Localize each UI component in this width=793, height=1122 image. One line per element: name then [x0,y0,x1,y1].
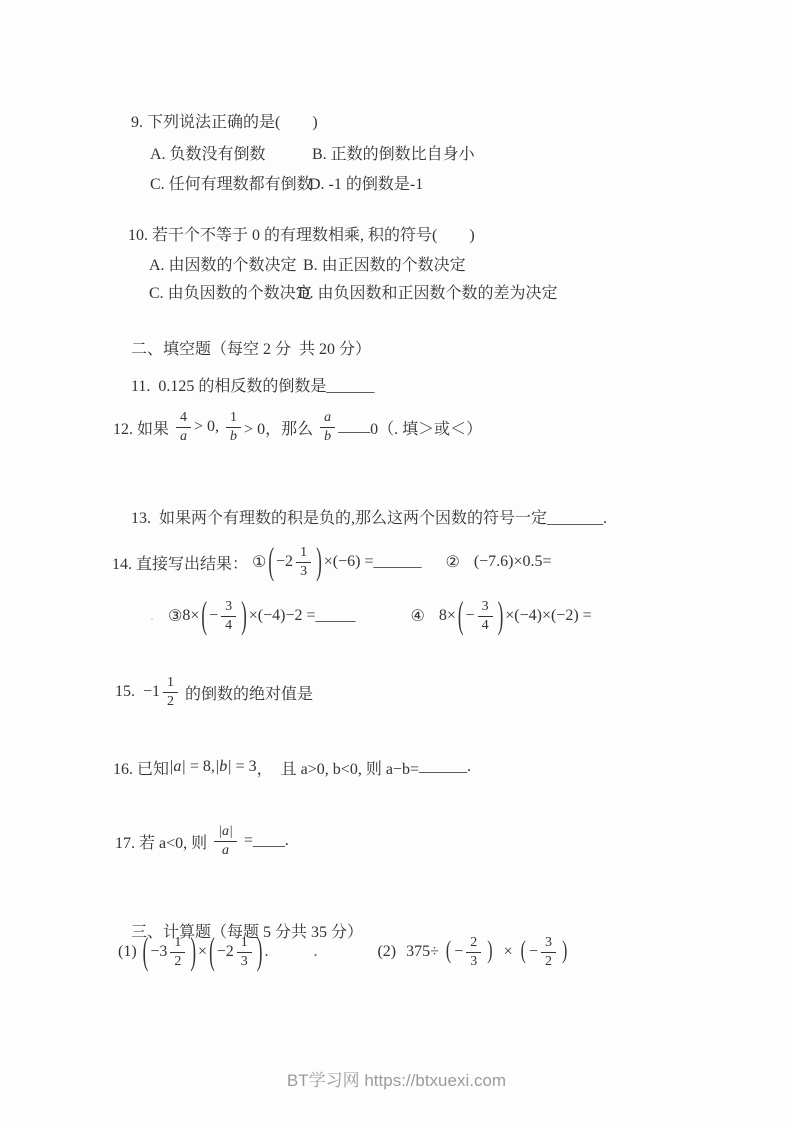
close-paren: ) [498,594,504,639]
q12-text-2: > 0, [194,418,223,436]
fraction-numerator: 3 [221,598,236,617]
q10-option-d: D. 由负因数和正因数个数的差为决定 [298,285,558,302]
fraction-1-over-2: 12 [163,674,178,710]
fraction-4-over-a: 4a [176,409,191,445]
close-paren: ) [562,938,567,966]
q14-item-3-number: ③ [168,606,182,626]
q14-item-3-prefix: 8× [182,607,199,625]
q14-item-3-rest: ×(−4)−2 = [249,607,316,625]
fraction-denominator: 4 [480,617,491,635]
fraction-denominator: 2 [172,953,183,971]
q12-text-3: > 0，那么 [244,416,317,439]
q12-text-1: 12. 如果 [113,416,173,439]
q14-item-2-expression: (−7.6)×0.5= [474,553,552,571]
q16-answer-blank: ______ [419,758,467,776]
open-paren: ( [143,930,149,975]
fraction-2-over-3: 23 [466,934,481,970]
question-14-row-2: . ③ 8× ( − 34 ) ×(−4)−2 = _____ ④ 8× ( −… [150,591,592,641]
fraction-numerator: 1 [237,934,252,953]
close-paren: ) [257,930,263,975]
open-paren: ( [446,938,451,966]
calc-1-first-prefix: −3 [150,943,167,961]
question-17: 17. 若 a<0, 则 |a|a = ____ . [115,815,289,867]
q14-item-1-blank: ______ [373,553,421,571]
question-15: 15. −1 12 的倒数的绝对值是 [115,667,313,717]
question-10-options-cd: C. 由负因数的个数决定D. 由负因数和正因数个数的差为决定 [133,262,558,321]
question-12: 12. 如果 4a > 0, 1b > 0，那么 ab ____ 0（. 填＞或… [113,404,482,450]
close-paren: ) [241,594,247,639]
q16-abs-a: |a| [169,758,186,776]
calc-2-label: (2) [377,943,396,961]
fraction-1-over-2: 12 [170,934,185,970]
fraction-numerator: a [320,409,335,428]
fraction-denominator: a [178,428,189,446]
close-paren: ) [487,938,492,966]
q12-text-4: 0（. 填＞或＜） [370,416,482,439]
fraction-3-over-4: 34 [221,598,236,634]
q14-item-1-rest: ×(−6) = [324,553,374,571]
fraction-numerator: 2 [466,934,481,953]
separator-dot: . [313,943,317,961]
q17-equals: = [240,832,253,850]
q14-item-4-minus: − [466,607,475,625]
fraction-denominator: 2 [543,953,554,971]
fraction-denominator: a [220,842,231,860]
q17-period: . [285,832,289,850]
stray-dot: . [150,607,154,625]
fraction-abs-a-over-a: |a|a [214,823,237,859]
q10-option-c: C. 由负因数的个数决定 [149,280,298,303]
fraction-numerator: 1 [170,934,185,953]
fraction-denominator: b [322,428,333,446]
open-paren: ( [521,938,526,966]
q14-item-1-number: ① [252,552,266,572]
q13-text: 13. 如果两个有理数的积是负的,那么这两个因数的符号一定_______. [131,510,607,527]
site-watermark: BT学习网 https://btxuexi.com [0,1066,793,1091]
fraction-numerator: 3 [478,598,493,617]
times-sign: × [504,943,513,961]
q17-text-1: 17. 若 a<0, 则 [115,830,211,853]
footer-text: BT学习网 https://btxuexi.com [287,1071,506,1090]
fraction-numerator: |a| [214,823,237,842]
open-paren: ( [458,594,464,639]
calc-2-prefix: 375÷ [406,943,443,961]
calc-1-period: . [264,943,268,961]
fraction-a-over-b: ab [320,409,335,445]
calculation-row: (1) ( −3 12 ) × ( −2 13 ) . . (2) 375÷ (… [118,925,570,979]
fraction-1-over-3: 13 [237,934,252,970]
calc-1-second-prefix: −2 [217,943,234,961]
question-14-row-1: 14. 直接写出结果： ① ( −2 13 ) ×(−6) = ______ ②… [112,537,552,587]
q16-eq-8: = 8, [186,758,215,776]
q16-eq-3: = 3 [232,758,257,776]
fraction-denominator: 2 [165,693,176,711]
times-sign: × [198,943,207,961]
open-paren: ( [268,540,274,585]
worksheet-page: 9. 下列说法正确的是( ) A. 负数没有倒数B. 正数的倒数比自身小 C. … [0,0,793,1122]
fraction-denominator: 3 [468,953,479,971]
q9-option-c: C. 任何有理数都有倒数 [150,171,309,194]
fraction-numerator: 1 [163,674,178,693]
q14-item-1-prefix: −2 [276,553,293,571]
q14-item-4-rest: ×(−4)×(−2) = [505,607,591,625]
q15-text-2: 的倒数的绝对值是 [181,681,313,704]
close-paren: ) [316,540,322,585]
q15-text-1: 15. −1 [115,683,160,701]
q11-text: 11. 0.125 的相反数的倒数是______ [131,378,374,395]
q16-period: . [467,758,471,776]
q14-item-3-blank: _____ [316,607,356,625]
fraction-numerator: 1 [226,409,241,428]
q14-lead: 14. 直接写出结果： [112,551,252,574]
q16-text-1: 16. 已知 [113,756,169,779]
fraction-3-over-2: 32 [541,934,556,970]
calc-1-label: (1) [118,943,141,961]
fraction-denominator: 3 [298,563,309,581]
fraction-3-over-4: 34 [478,598,493,634]
q16-abs-b: |b| [215,758,232,776]
fraction-numerator: 3 [541,934,556,953]
calc-2-minus-2: − [529,943,538,961]
open-paren: ( [201,594,207,639]
question-16: 16. 已知 |a| = 8, |b| = 3 ， 且 a>0, b<0, 则 … [113,753,471,781]
q12-answer-blank: ____ [338,418,370,436]
q17-answer-blank: ____ [253,832,285,850]
q16-text-2: ， 且 a>0, b<0, 则 a−b= [257,756,419,779]
fraction-denominator: b [228,428,239,446]
fraction-numerator: 4 [176,409,191,428]
q9-option-d: D. -1 的倒数是-1 [309,176,423,193]
q14-item-4-prefix: 8× [439,607,456,625]
q14-item-3-minus: − [209,607,218,625]
fraction-numerator: 1 [296,544,311,563]
close-paren: ) [190,930,196,975]
fraction-denominator: 4 [223,617,234,635]
q14-item-4-number: ④ [411,606,425,626]
calc-2-minus-1: − [454,943,463,961]
q14-item-2-number: ② [445,552,459,572]
open-paren: ( [209,930,215,975]
fraction-1-over-3: 13 [296,544,311,580]
fraction-denominator: 3 [239,953,250,971]
fraction-1-over-b: 1b [226,409,241,445]
